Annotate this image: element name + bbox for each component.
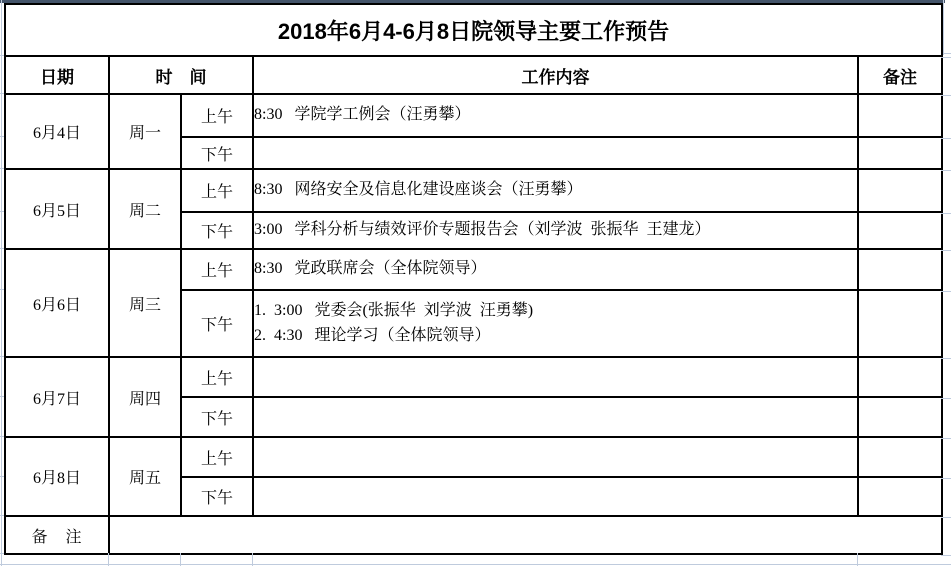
gridline <box>941 170 951 171</box>
gridline <box>941 438 951 439</box>
content-am-cell <box>253 437 858 477</box>
period-am-cell: 上午 <box>181 169 253 212</box>
weekday-cell: 周四 <box>109 357 181 437</box>
period-pm-cell: 下午 <box>181 212 253 249</box>
gridline <box>0 553 4 554</box>
gridline <box>0 515 4 516</box>
schedule-table: 2018年6月4-6月8日院领导主要工作预告 日期 时 间 工作内容 备注 6月… <box>4 3 943 555</box>
gridline <box>0 55 4 56</box>
header-row: 日期 时 间 工作内容 备注 <box>5 56 942 94</box>
date-cell: 6月8日 <box>5 437 109 516</box>
col-header-note: 备注 <box>858 56 942 94</box>
gridline <box>1 0 2 566</box>
date-cell: 6月4日 <box>5 94 109 169</box>
content-am-cell: 8:30 网络安全及信息化建设座谈会（汪勇攀） <box>253 169 858 212</box>
gridline <box>0 248 4 249</box>
col-header-date: 日期 <box>5 56 109 94</box>
title-row: 2018年6月4-6月8日院领导主要工作预告 <box>5 4 942 56</box>
content-am-cell <box>253 357 858 397</box>
table-row: 6月4日 周一 上午 8:30 学院学工例会（汪勇攀） <box>5 94 942 137</box>
date-cell: 6月7日 <box>5 357 109 437</box>
gridline <box>941 555 951 556</box>
page-title: 2018年6月4-6月8日院领导主要工作预告 <box>5 4 942 56</box>
gridline <box>941 138 951 139</box>
content-pm-cell <box>253 397 858 437</box>
note-pm-cell <box>858 290 942 357</box>
col-header-content: 工作内容 <box>253 56 858 94</box>
content-am-cell: 8:30 党政联席会（全体院领导） <box>253 249 858 290</box>
gridline <box>0 93 4 94</box>
period-am-cell: 上午 <box>181 249 253 290</box>
note-pm-cell <box>858 477 942 516</box>
gridline <box>0 289 4 290</box>
spreadsheet-canvas: 2018年6月4-6月8日院领导主要工作预告 日期 时 间 工作内容 备注 6月… <box>0 0 951 566</box>
weekday-cell: 周一 <box>109 94 181 169</box>
period-pm-cell: 下午 <box>181 290 253 357</box>
weekday-cell: 周五 <box>109 437 181 516</box>
weekday-cell: 周二 <box>109 169 181 249</box>
gridline <box>941 517 951 518</box>
note-am-cell <box>858 169 942 212</box>
gridline <box>941 95 951 96</box>
col-header-time: 时 间 <box>109 56 253 94</box>
note-am-cell <box>858 249 942 290</box>
gridline <box>0 396 4 397</box>
gridline <box>0 564 951 565</box>
gridline <box>941 291 951 292</box>
content-pm-cell <box>253 137 858 169</box>
gridline <box>941 57 951 58</box>
note-pm-cell <box>858 397 942 437</box>
weekday-cell: 周三 <box>109 249 181 357</box>
gridline <box>941 478 951 479</box>
gridline <box>941 250 951 251</box>
period-am-cell: 上午 <box>181 437 253 477</box>
note-am-cell <box>858 357 942 397</box>
date-cell: 6月6日 <box>5 249 109 357</box>
gridline <box>941 398 951 399</box>
content-pm-cell <box>253 477 858 516</box>
note-pm-cell <box>858 212 942 249</box>
footer-note-label: 备 注 <box>5 516 109 554</box>
content-am-cell: 8:30 学院学工例会（汪勇攀） <box>253 94 858 137</box>
footer-row: 备 注 <box>5 516 942 554</box>
table-row: 6月8日 周五 上午 <box>5 437 942 477</box>
note-am-cell <box>858 437 942 477</box>
footer-note-value <box>109 516 942 554</box>
period-am-cell: 上午 <box>181 357 253 397</box>
gridline <box>0 356 4 357</box>
table-row: 6月7日 周四 上午 <box>5 357 942 397</box>
period-am-cell: 上午 <box>181 94 253 137</box>
table-row: 6月6日 周三 上午 8:30 党政联席会（全体院领导） <box>5 249 942 290</box>
note-pm-cell <box>858 137 942 169</box>
date-cell: 6月5日 <box>5 169 109 249</box>
table-row: 6月5日 周二 上午 8:30 网络安全及信息化建设座谈会（汪勇攀） <box>5 169 942 212</box>
gridline <box>943 53 951 54</box>
period-pm-cell: 下午 <box>181 397 253 437</box>
gridline <box>943 0 944 55</box>
gridline <box>941 213 951 214</box>
content-pm-cell: 3:00 学科分析与绩效评价专题报告会（刘学波 张振华 王建龙） <box>253 212 858 249</box>
gridline <box>941 358 951 359</box>
gridline <box>0 168 4 169</box>
gridline <box>0 436 4 437</box>
note-am-cell <box>858 94 942 137</box>
period-pm-cell: 下午 <box>181 477 253 516</box>
period-pm-cell: 下午 <box>181 137 253 169</box>
gridline <box>0 211 4 212</box>
gridline <box>0 476 4 477</box>
content-pm-cell: 1. 3:00 党委会(张振华 刘学波 汪勇攀) 2. 4:30 理论学习（全体… <box>253 290 858 357</box>
gridline <box>0 136 4 137</box>
